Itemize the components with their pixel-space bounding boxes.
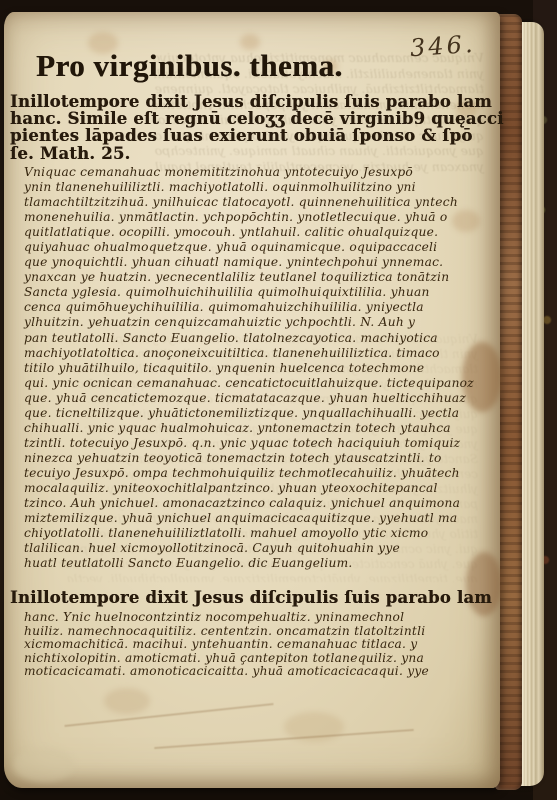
body-line: huiliz. namechnocaquitiliz. cententzin. …	[24, 625, 429, 639]
body-line: ylhuitzin. yehuatzin cenquizcamahuiztic …	[24, 315, 474, 330]
body-line: cenca quimōhueychihuililia. quimomahuizc…	[24, 300, 474, 315]
show-through-line: que. ticneltilizque. yhuātictonemiliztiz…	[28, 572, 478, 582]
body-line: ninezca yehuatzin teoyoticā tonemactzin …	[24, 451, 474, 466]
body-line: Vniquac cemanahuac monemititzinohua ynto…	[24, 165, 474, 180]
body-line: miztemilizque. yhuā ynichuel anquimacica…	[24, 511, 474, 526]
body-line: ynaxcan ye huatzin. yecnecentlaliliz teu…	[24, 270, 474, 285]
body-line: huatl teutlatolli Sancto Euangelio. dic …	[24, 556, 474, 571]
body-line: tecuiyo Jesuxpō. ompa techmohuiquiliz te…	[24, 466, 474, 481]
nahuatl-body-text-block-2: hanc. Ynic huelnocontzintiz nocompehualt…	[24, 611, 429, 679]
body-line: titilo yhuātilhuilo, ticaquitilo. ynquen…	[24, 361, 474, 376]
manuscript-photo: Vniquac cemanahuac monemititzinohua ynto…	[0, 0, 557, 800]
body-line: chiyotlatolli. tlanenehuililiztlatolli. …	[24, 526, 474, 541]
scratch-mark	[64, 703, 273, 727]
incipit-line: Inillotempore dixit Jesus diſcipulis ſui…	[10, 93, 504, 110]
worn-corner	[14, 748, 74, 782]
page-title: Pro virginibus. thema.	[36, 48, 343, 84]
body-line: que. yhuā cencatictemozque. ticmatatacaz…	[24, 391, 474, 406]
body-line: quiyahuac ohualmoquetzque. yhuā oquinami…	[24, 240, 474, 255]
incipit-line: ſe. Math. 25.	[10, 145, 504, 162]
body-line: chihualli. ynic yquac hualmohuicaz. ynto…	[24, 421, 474, 436]
latin-incipit-repeat: Inillotempore dixit Jesus diſcipulis ſui…	[10, 589, 492, 606]
body-line: que ynoquichtli. yhuan cihuatl namique. …	[24, 255, 474, 270]
folio-number: 346.	[409, 30, 476, 62]
incipit-line: hanc. Simile eſt regnū celoʒʒ decē virgi…	[10, 110, 504, 127]
body-line: moticacicamati. amonoticacicaitta. yhuā …	[24, 665, 429, 679]
body-line: qui. ynic ocnican cemanahuac. cencaticto…	[24, 376, 474, 391]
body-line: quitlatlatique. ocopilli. ymocouh. yntla…	[24, 225, 474, 240]
latin-incipit-block: Inillotempore dixit Jesus diſcipulis ſui…	[10, 93, 504, 162]
body-line: hanc. Ynic huelnocontzintiz nocompehualt…	[24, 611, 429, 625]
body-line: tlamachtiltzitzihuā. ynilhuicac tlatocay…	[24, 195, 474, 210]
nahuatl-body-text-block: Vniquac cemanahuac monemititzinohua ynto…	[24, 165, 474, 571]
body-line: tlalilican. huel xicmoyollotitzinocā. Ca…	[24, 541, 474, 556]
body-line: pan teutlatolli. Sancto Euangelio. tlato…	[24, 331, 474, 346]
body-line: xicmomachiticā. macihui. yntehuantin. ce…	[24, 638, 429, 652]
body-line: ynin tlanenehuililiztli. machiyotlatolli…	[24, 180, 474, 195]
incipit-line: pientes lāpades ſuas exierunt obuiā ſpon…	[10, 127, 504, 144]
body-line: tzinco. Auh ynichuel. amonacaztzinco cal…	[24, 496, 474, 511]
foxing-spot	[104, 688, 150, 714]
scratch-mark	[154, 729, 414, 749]
body-line: que. ticneltilizque. yhuātictonemiliztiz…	[24, 406, 474, 421]
body-line: tzintli. totecuiyo Jesuxpō. q.n. ynic yq…	[24, 436, 474, 451]
body-line: machiyotlatoltica. anoçoneixcuitiltica. …	[24, 346, 474, 361]
body-line: mocalaquiliz. yniteoxochitlalpantzinco. …	[24, 481, 474, 496]
body-line: Sancta yglesia. quimolhuichihuililia qui…	[24, 285, 474, 300]
book-page: Vniquac cemanahuac monemititzinohua ynto…	[4, 12, 500, 788]
body-line: monenehuilia. ynmātlactin. ychpopōchtin.…	[24, 210, 474, 225]
body-line: nichtixolopitin. amoticmati. yhuā çantep…	[24, 652, 429, 666]
